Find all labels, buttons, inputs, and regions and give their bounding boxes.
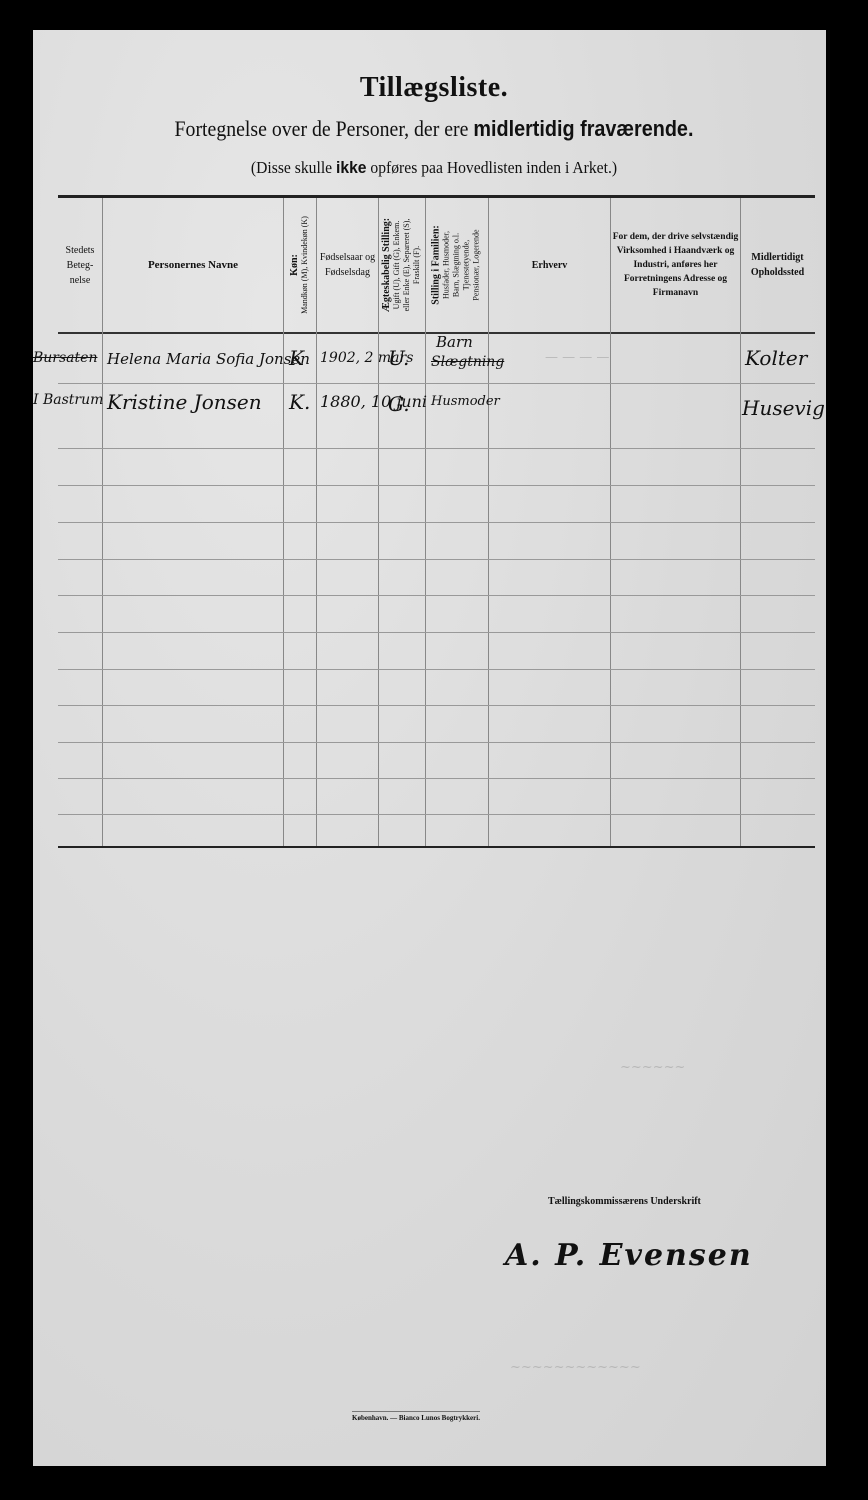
header-kon: Køn:Mandkøn (M), Kvindekøn (K)	[284, 200, 316, 330]
row2-sted: I Bastrum	[33, 392, 103, 408]
row1-sted: Bursaten	[33, 350, 97, 366]
row-divider	[58, 778, 815, 779]
header-fodselsaar: Fødselsaar og Fødselsdag	[317, 200, 378, 330]
header-midlertidigt-opholdssted: Midlertidigt Opholdssted	[741, 200, 814, 330]
table-bottom-rule	[58, 846, 815, 848]
bleed-through-text: ~~~~~~~~~~~~	[510, 1360, 641, 1375]
row-divider	[58, 448, 815, 449]
header-stedets-betegnelse: Stedets Beteg-nelse	[58, 200, 102, 330]
header-forretning: For dem, der drive selvstændig Virksomhe…	[611, 200, 740, 330]
table-top-rule	[58, 195, 815, 198]
row2-kon: K.	[289, 390, 310, 414]
form-subtitle: Fortegnelse over de Personer, der ere mi…	[43, 116, 824, 142]
row1-opholdssted: Kolter	[745, 346, 807, 370]
row2-aegtesk: G.	[388, 392, 410, 416]
row-divider	[58, 522, 815, 523]
header-stilling-i-familien: Stilling i Familien:Husfader, Husmoder, …	[426, 200, 488, 330]
row-divider	[58, 383, 815, 384]
row2-opholdssted: Husevig	[742, 396, 825, 420]
row1-familie-top: Barn	[436, 333, 473, 351]
row1-familie: Slægtning	[431, 354, 504, 370]
printer-imprint: København. — Bianco Lunos Bogtrykkeri.	[352, 1411, 480, 1422]
row1-navn: Helena Maria Sofia Jonsen	[107, 350, 310, 368]
signature: A. P. Evensen	[505, 1238, 753, 1273]
row2-fodsel: 1880, 10 juni	[320, 392, 427, 411]
row1-aegtesk: U.	[388, 346, 409, 370]
row-divider	[58, 559, 815, 560]
bleed-through-text: ~~~~~~	[620, 1060, 685, 1075]
row1-kon: K	[289, 346, 304, 370]
row-divider	[58, 669, 815, 670]
bleed-through-text: — — — —	[545, 350, 609, 365]
row-divider	[58, 485, 815, 486]
row2-navn: Kristine Jonsen	[107, 390, 262, 414]
row-divider	[58, 742, 815, 743]
header-erhverv: Erhverv	[489, 200, 610, 330]
row-divider	[58, 632, 815, 633]
header-personernes-navne: Personernes Navne	[103, 200, 283, 330]
row-divider	[58, 814, 815, 815]
signature-label: Tællingskommissærens Underskrift	[548, 1196, 701, 1207]
row-divider	[58, 705, 815, 706]
form-title: Tillægsliste.	[0, 72, 868, 104]
form-note: (Disse skulle ikke opføres paa Hovedlist…	[35, 158, 834, 178]
header-aegteskabelig-stilling: Ægteskabelig Stilling:Ugift (U), Gift (G…	[379, 200, 425, 330]
row-divider	[58, 595, 815, 596]
row2-familie: Husmoder	[431, 394, 500, 409]
